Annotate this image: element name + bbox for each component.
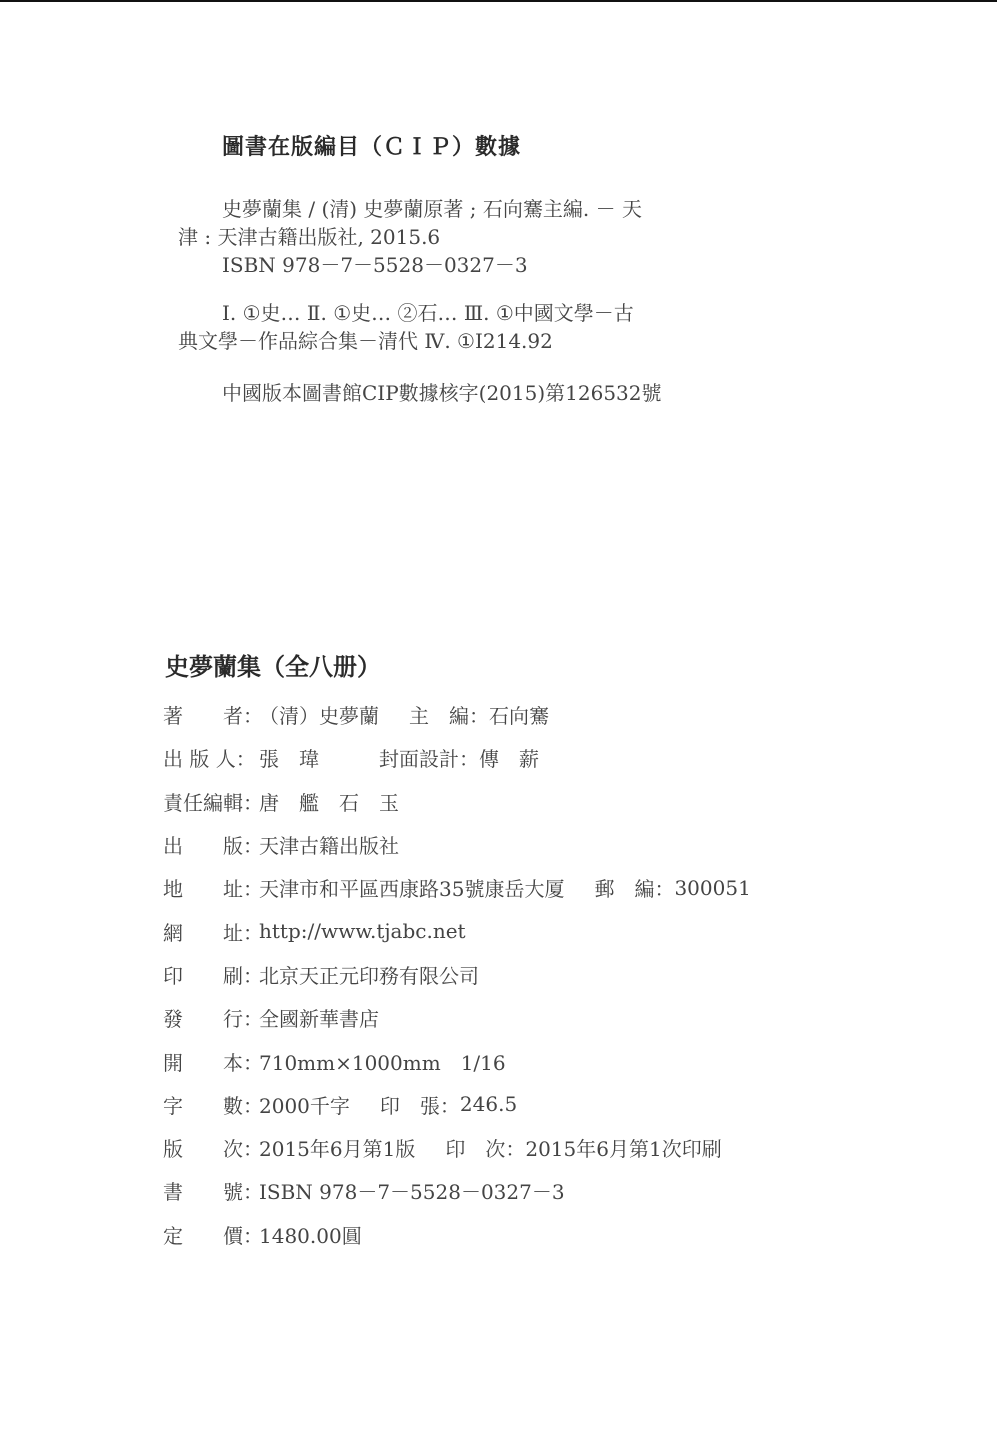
value-author: （清）史夢蘭	[259, 700, 379, 729]
value-address: 天津市和平區西康路35號康岳大厦	[259, 873, 564, 902]
label-word-count: 字 數：	[163, 1090, 259, 1119]
label-cover-design: 封面設計：	[379, 743, 479, 772]
label-printing: 印 次：	[445, 1133, 525, 1162]
colophon-info-table: 著 者： （清）史夢蘭 主 編： 石向騫 出 版 人： 張 瑋 封面設計： 傳 …	[163, 693, 863, 1256]
value-printing: 2015年6月第1次印刷	[525, 1133, 721, 1162]
label-publisher: 出 版：	[163, 830, 259, 859]
value-format: 710mm×1000mm 1/16	[259, 1047, 506, 1076]
value-website[interactable]: http://www.tjabc.net	[259, 919, 466, 943]
value-edition: 2015年6月第1版	[259, 1133, 415, 1162]
row-responsible-editors: 責任編輯： 唐 艦 石 玉	[163, 780, 863, 823]
row-edition: 版 次： 2015年6月第1版 印 次： 2015年6月第1次印刷	[163, 1126, 863, 1169]
label-price: 定 價：	[163, 1220, 259, 1249]
label-book-number: 書 號：	[163, 1176, 259, 1205]
label-printed-sheets: 印 張：	[380, 1090, 460, 1119]
label-author: 著 者：	[163, 700, 259, 729]
row-author: 著 者： （清）史夢蘭 主 編： 石向騫	[163, 693, 863, 736]
cip-classification-line-2: 典文學－作品綜合集－清代 Ⅳ. ①I214.92	[178, 327, 718, 355]
value-publisher-person: 張 瑋	[259, 743, 319, 772]
value-book-number: ISBN 978－7－5528－0327－3	[259, 1176, 565, 1205]
cip-description-line-2: 津 : 天津古籍出版社, 2015.6	[178, 223, 718, 251]
label-publisher-person: 出 版 人：	[163, 743, 259, 772]
label-postcode: 郵 編：	[594, 873, 674, 902]
value-chief-editor: 石向騫	[489, 700, 549, 729]
row-distribution: 發 行： 全國新華書店	[163, 996, 863, 1039]
value-price: 1480.00圓	[259, 1220, 362, 1249]
label-edition: 版 次：	[163, 1133, 259, 1162]
cip-classification: Ⅰ. ①史… Ⅱ. ①史… ②石… Ⅲ. ①中國文學－古 典文學－作品綜合集－清…	[178, 299, 718, 355]
value-postcode: 300051	[674, 876, 750, 900]
row-printer: 印 刷： 北京天正元印務有限公司	[163, 953, 863, 996]
value-printer: 北京天正元印務有限公司	[259, 960, 479, 989]
top-border-rule	[0, 0, 997, 2]
book-title: 史夢蘭集（全八册）	[165, 647, 381, 682]
cip-description-line-1: 史夢蘭集 / (清) 史夢蘭原著 ; 石向騫主編. － 天	[178, 195, 718, 223]
label-address: 地 址：	[163, 873, 259, 902]
row-book-number: 書 號： ISBN 978－7－5528－0327－3	[163, 1169, 863, 1212]
value-publisher: 天津古籍出版社	[259, 830, 399, 859]
row-publisher-person: 出 版 人： 張 瑋 封面設計： 傳 薪	[163, 736, 863, 779]
row-publisher: 出 版： 天津古籍出版社	[163, 823, 863, 866]
label-website: 網 址：	[163, 917, 259, 946]
label-distribution: 發 行：	[163, 1003, 259, 1032]
row-website: 網 址： http://www.tjabc.net	[163, 909, 863, 952]
cip-classification-line-1: Ⅰ. ①史… Ⅱ. ①史… ②石… Ⅲ. ①中國文學－古	[178, 299, 718, 327]
cip-description: 史夢蘭集 / (清) 史夢蘭原著 ; 石向騫主編. － 天 津 : 天津古籍出版…	[178, 195, 718, 279]
row-word-count: 字 數： 2000千字 印 張： 246.5	[163, 1083, 863, 1126]
label-responsible-editors: 責任編輯：	[163, 787, 259, 816]
row-address: 地 址： 天津市和平區西康路35號康岳大厦 郵 編： 300051	[163, 866, 863, 909]
label-printer: 印 刷：	[163, 960, 259, 989]
value-printed-sheets: 246.5	[460, 1092, 517, 1116]
row-price: 定 價： 1480.00圓	[163, 1213, 863, 1256]
cip-isbn: ISBN 978－7－5528－0327－3	[178, 251, 718, 279]
value-cover-design: 傳 薪	[479, 743, 539, 772]
value-word-count: 2000千字	[259, 1090, 350, 1119]
label-format: 開 本：	[163, 1047, 259, 1076]
row-format: 開 本： 710mm×1000mm 1/16	[163, 1039, 863, 1082]
value-responsible-editors: 唐 艦 石 玉	[259, 787, 399, 816]
label-chief-editor: 主 編：	[409, 700, 489, 729]
cip-heading: 圖書在版編目（ＣＩＰ）數據	[222, 130, 521, 161]
cip-verification-number: 中國版本圖書館CIP數據核字(2015)第126532號	[222, 377, 662, 406]
value-distribution: 全國新華書店	[259, 1003, 379, 1032]
